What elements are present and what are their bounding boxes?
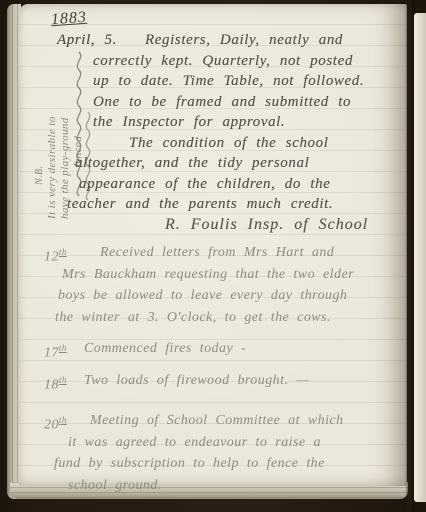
entry-line: One to be framed and submitted to [93,92,368,113]
entry-12: 12th Received letters from Mrs Hart and … [44,242,354,328]
entry-line: appearance of the children, do the [79,174,368,195]
entry-18: 18th Two loads of firewood brought. — [44,370,309,392]
notebook-page: 1883 N.B. It is very desirable to have t… [19,4,407,486]
entry-line: boys be allowed to leave every day throu… [58,285,354,307]
entry-line: correctly kept. Quarterly, not posted [93,51,368,72]
entry-date: April, 5. [57,30,145,51]
scanned-register-photo: 1883 N.B. It is very desirable to have t… [0,0,426,512]
entry-line: fund by subscription to help to fence th… [54,453,344,475]
entry-17: 17th Commenced fires today - [44,338,246,360]
day-label: 18th [44,370,84,392]
day-suffix: th [59,375,67,385]
entry-line: Two loads of firewood brought. — [84,370,309,392]
entry-april-5: April, 5. Registers, Daily, neatly and c… [57,30,368,235]
day-suffix: th [59,415,67,425]
entry-20: 20th Meeting of School Committee at whic… [44,410,344,496]
entry-line: school ground. [68,475,344,497]
entry-line: Registers, Daily, neatly and [145,30,343,51]
margin-note-initials: N.B. [33,49,46,185]
entry-line: Received letters from Mrs Hart and [100,242,334,264]
inspector-signature: R. Foulis Insp. of School [165,215,368,236]
day-suffix: th [59,343,67,353]
entry-line: Commenced fires today - [84,338,246,360]
entry-line: the winter at 3. O'clock, to get the cow… [55,307,354,329]
entry-line: the Inspector for approval. [93,112,368,133]
entry-line: it was agreed to endeavour to raise a [68,432,344,454]
entry-line: altogether, and the tidy personal [75,153,368,174]
day-label: 12th [44,242,100,264]
day-suffix: th [59,247,67,257]
entry-line: The condition of the school [129,133,368,154]
entry-line: Meeting of School Committee at which [90,410,344,432]
next-page-edge [414,13,426,502]
entry-line: Mrs Bauckham requesting that the two eld… [62,264,354,286]
day-label: 17th [44,338,84,360]
entry-line: teacher and the parents much credit. [67,194,368,215]
year-label: 1883 [50,9,87,29]
entry-line: up to date. Time Table, not followed. [93,71,368,92]
day-label: 20th [44,410,90,432]
